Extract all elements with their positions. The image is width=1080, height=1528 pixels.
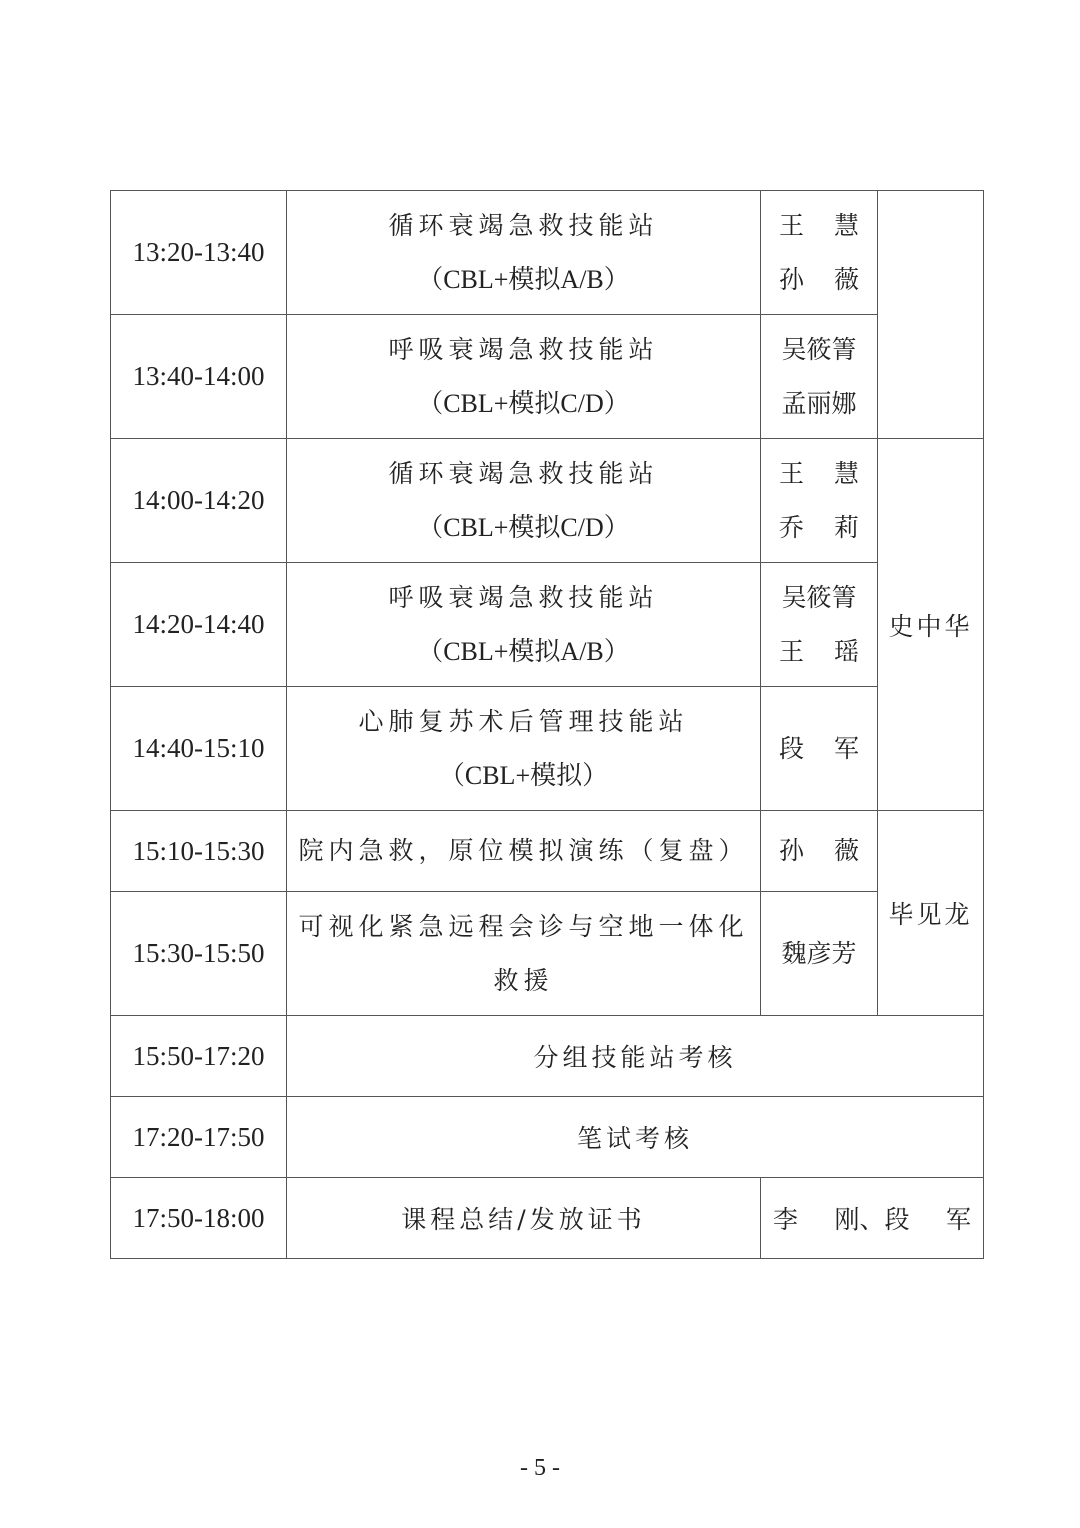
- instructor-name: 孙薇: [761, 824, 877, 878]
- host-cell: 毕见龙: [878, 811, 984, 1016]
- table-row: 14:20-14:40 呼吸衰竭急救技能站 （CBL+模拟A/B） 吴筱箐 王瑶: [111, 563, 984, 687]
- topic-title: 可视化紧急远程会诊与空地一体化: [287, 900, 760, 954]
- topic-title: 呼吸衰竭急救技能站: [287, 571, 760, 625]
- time-cell: 13:40-14:00: [111, 315, 287, 439]
- instructor-cell: 吴筱箐 王瑶: [761, 563, 878, 687]
- topic-cell: 院内急救，原位模拟演练（复盘）: [287, 811, 761, 892]
- topic-format: （CBL+模拟C/D）: [287, 501, 760, 555]
- page-number: - 5 -: [0, 1455, 1080, 1482]
- topic-title: 心肺复苏术后管理技能站: [287, 695, 760, 749]
- topic-cell: 笔试考核: [287, 1097, 984, 1178]
- topic-format: （CBL+模拟）: [287, 749, 760, 803]
- time-cell: 14:00-14:20: [111, 439, 287, 563]
- topic-cell: 呼吸衰竭急救技能站 （CBL+模拟A/B）: [287, 563, 761, 687]
- table-row: 15:10-15:30 院内急救，原位模拟演练（复盘） 孙薇 毕见龙: [111, 811, 984, 892]
- time-cell: 17:20-17:50: [111, 1097, 287, 1178]
- instructor-cell: 王慧 孙薇: [761, 191, 878, 315]
- instructor-cell: 段军: [761, 687, 878, 811]
- topic-cell: 循环衰竭急救技能站 （CBL+模拟A/B）: [287, 191, 761, 315]
- topic-format: （CBL+模拟C/D）: [287, 377, 760, 431]
- instructor-name: 乔莉: [761, 501, 877, 555]
- instructor-name: 王慧: [761, 447, 877, 501]
- instructor-cell: 李刚、段军: [761, 1178, 984, 1259]
- topic-cell: 循环衰竭急救技能站 （CBL+模拟C/D）: [287, 439, 761, 563]
- time-cell: 15:30-15:50: [111, 892, 287, 1016]
- topic-cell: 课程总结/发放证书: [287, 1178, 761, 1259]
- table-row: 17:50-18:00 课程总结/发放证书 李刚、段军: [111, 1178, 984, 1259]
- topic-cell: 分组技能站考核: [287, 1016, 984, 1097]
- time-cell: 14:40-15:10: [111, 687, 287, 811]
- instructor-cell: 吴筱箐 孟丽娜: [761, 315, 878, 439]
- instructor-name: 吴筱箐: [761, 323, 877, 377]
- instructor-name: 孟丽娜: [761, 377, 877, 431]
- time-cell: 15:10-15:30: [111, 811, 287, 892]
- topic-cell: 呼吸衰竭急救技能站 （CBL+模拟C/D）: [287, 315, 761, 439]
- table-row: 14:40-15:10 心肺复苏术后管理技能站 （CBL+模拟） 段军: [111, 687, 984, 811]
- topic-title: 循环衰竭急救技能站: [287, 199, 760, 253]
- topic-cell: 可视化紧急远程会诊与空地一体化 救援: [287, 892, 761, 1016]
- host-cell: [878, 191, 984, 439]
- topic-title-cont: 救援: [287, 954, 760, 1008]
- time-cell: 13:20-13:40: [111, 191, 287, 315]
- topic-cell: 心肺复苏术后管理技能站 （CBL+模拟）: [287, 687, 761, 811]
- host-cell: 史中华: [878, 439, 984, 811]
- instructor-names: 李刚、段军: [761, 1200, 983, 1236]
- instructor-name: 王慧: [761, 199, 877, 253]
- instructor-name: 段军: [761, 722, 877, 776]
- table-row: 14:00-14:20 循环衰竭急救技能站 （CBL+模拟C/D） 王慧 乔莉 …: [111, 439, 984, 563]
- table-row: 15:30-15:50 可视化紧急远程会诊与空地一体化 救援 魏彦芳: [111, 892, 984, 1016]
- topic-format: （CBL+模拟A/B）: [287, 253, 760, 307]
- topic-format: （CBL+模拟A/B）: [287, 625, 760, 679]
- topic-title: 循环衰竭急救技能站: [287, 447, 760, 501]
- table-row: 17:20-17:50 笔试考核: [111, 1097, 984, 1178]
- instructor-name: 王瑶: [761, 625, 877, 679]
- table-row: 15:50-17:20 分组技能站考核: [111, 1016, 984, 1097]
- topic-title: 呼吸衰竭急救技能站: [287, 323, 760, 377]
- instructor-name: 孙薇: [761, 253, 877, 307]
- table-row: 13:40-14:00 呼吸衰竭急救技能站 （CBL+模拟C/D） 吴筱箐 孟丽…: [111, 315, 984, 439]
- instructor-cell: 孙薇: [761, 811, 878, 892]
- schedule-table: 13:20-13:40 循环衰竭急救技能站 （CBL+模拟A/B） 王慧 孙薇 …: [110, 190, 984, 1259]
- instructor-name: 魏彦芳: [761, 927, 877, 981]
- time-cell: 14:20-14:40: [111, 563, 287, 687]
- topic-title: 院内急救，原位模拟演练（复盘）: [287, 824, 760, 878]
- time-cell: 15:50-17:20: [111, 1016, 287, 1097]
- instructor-cell: 王慧 乔莉: [761, 439, 878, 563]
- instructor-cell: 魏彦芳: [761, 892, 878, 1016]
- time-cell: 17:50-18:00: [111, 1178, 287, 1259]
- table-row: 13:20-13:40 循环衰竭急救技能站 （CBL+模拟A/B） 王慧 孙薇: [111, 191, 984, 315]
- instructor-name: 吴筱箐: [761, 571, 877, 625]
